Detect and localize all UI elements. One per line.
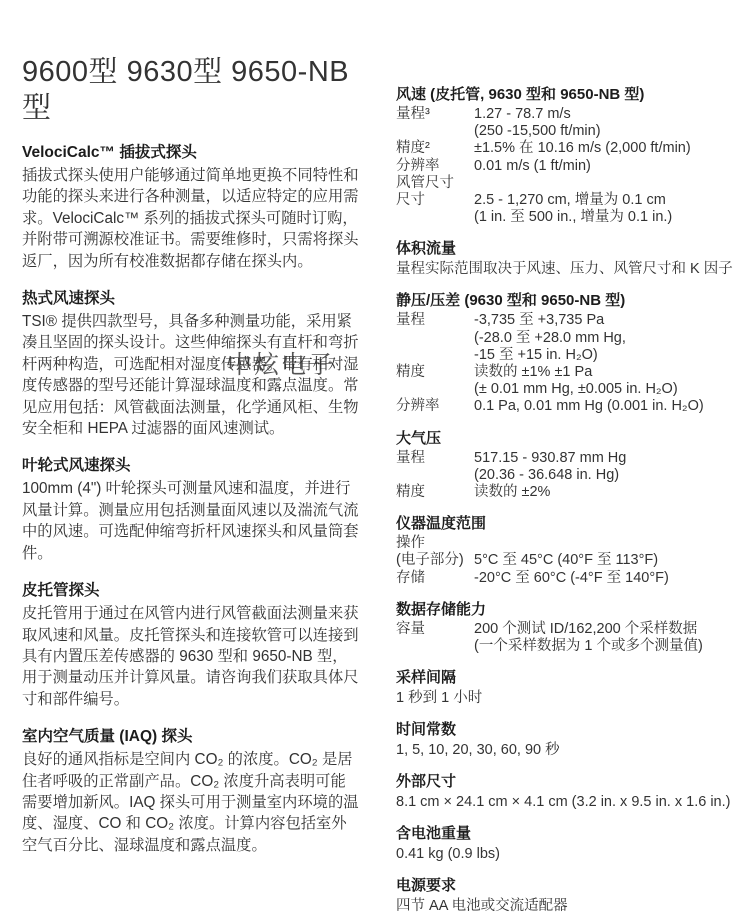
spec-text: 0.41 kg (0.9 lbs) [396,845,748,863]
spec-value [474,175,748,192]
spec-label: 分辨率 [396,398,474,415]
spec-heading: 外部尺寸 [396,773,748,791]
spec-value: -15 至 +15 in. H₂O) [474,347,748,364]
spec-value [474,535,748,552]
section-body: 良好的通风指标是空间内 CO₂ 的浓度。CO₂ 是居住者呼吸的正常副产品。CO₂… [22,749,359,856]
spec-row: 操作 [396,535,748,552]
spec-label [396,209,474,226]
spec-rows: 量程-3,735 至 +3,735 Pa(-28.0 至 +28.0 mm Hg… [396,312,748,415]
spec-row: (20.36 - 36.648 in. Hg) [396,467,748,484]
spec-value: (-28.0 至 +28.0 mm Hg, [474,330,748,347]
spec-heading: 体积流量 [396,240,748,258]
spec-label: 精度 [396,364,474,381]
spec-value: 读数的 ±1% ±1 Pa [474,364,748,381]
spec-text: 1 秒到 1 小时 [396,689,748,707]
spec-label [396,381,474,398]
spec-text: 1, 5, 10, 20, 30, 60, 90 秒 [396,741,748,759]
spec-row: 风管尺寸 [396,175,748,192]
spec-row: 量程517.15 - 930.87 mm Hg [396,450,748,467]
spec-row: 容量200 个测试 ID/162,200 个采样数据 [396,621,748,638]
right-section-4: 仪器温度范围操作(电子部分)5°C 至 45°C (40°F 至 113°F)存… [396,515,748,587]
spec-row: (-28.0 至 +28.0 mm Hg, [396,330,748,347]
spec-value: -20°C 至 60°C (-4°F 至 140°F) [474,570,748,587]
section-body: 插拔式探头使用户能够通过简单地更换不同特性和功能的探头来进行各种测量，以适应特定… [22,165,359,272]
left-section-4: 室内空气质量 (IAQ) 探头良好的通风指标是空间内 CO₂ 的浓度。CO₂ 是… [22,727,359,856]
spec-value: (1 in. 至 500 in., 增量为 0.1 in.) [474,209,748,226]
spec-label: 风管尺寸 [396,175,474,192]
spec-text: 8.1 cm × 24.1 cm × 4.1 cm (3.2 in. x 9.5… [396,793,748,811]
section-heading: VelociCalc™ 插拔式探头 [22,143,359,162]
section-body: 100mm (4") 叶轮探头可测量风速和温度，并进行风量计算。测量应用包括测量… [22,478,359,564]
section-heading: 皮托管探头 [22,581,359,600]
spec-heading: 大气压 [396,430,748,448]
spec-value: (± 0.01 mm Hg, ±0.005 in. H₂O) [474,381,748,398]
spec-label: 量程 [396,312,474,329]
spec-label: 量程³ [396,106,474,123]
spec-row: 量程-3,735 至 +3,735 Pa [396,312,748,329]
spec-heading: 电源要求 [396,877,748,895]
spec-label [396,638,474,655]
spec-row: (电子部分)5°C 至 45°C (40°F 至 113°F) [396,552,748,569]
spec-row: 精度²±1.5% 在 10.16 m/s (2,000 ft/min) [396,140,748,157]
spec-rows: 容量200 个测试 ID/162,200 个采样数据(一个采样数据为 1 个或多… [396,621,748,655]
section-heading: 叶轮式风速探头 [22,456,359,475]
spec-heading: 数据存储能力 [396,601,748,619]
spec-value: 0.1 Pa, 0.01 mm Hg (0.001 in. H₂O) [474,398,748,415]
spec-label [396,347,474,364]
spec-label: (电子部分) [396,552,474,569]
spec-label [396,330,474,347]
spec-value: (20.36 - 36.648 in. Hg) [474,467,748,484]
spec-value: 0.01 m/s (1 ft/min) [474,158,748,175]
right-section-0: 风速 (皮托管, 9630 型和 9650-NB 型)量程³1.27 - 78.… [396,86,748,226]
spec-rows: 量程517.15 - 930.87 mm Hg(20.36 - 36.648 i… [396,450,748,502]
spec-label [396,467,474,484]
spec-row: -15 至 +15 in. H₂O) [396,347,748,364]
spec-value: -3,735 至 +3,735 Pa [474,312,748,329]
spec-value: ±1.5% 在 10.16 m/s (2,000 ft/min) [474,140,748,157]
spec-value: 2.5 - 1,270 cm, 增量为 0.1 cm [474,192,748,209]
right-section-9: 含电池重量0.41 kg (0.9 lbs) [396,825,748,863]
right-section-5: 数据存储能力容量200 个测试 ID/162,200 个采样数据(一个采样数据为… [396,601,748,655]
right-section-8: 外部尺寸8.1 cm × 24.1 cm × 4.1 cm (3.2 in. x… [396,773,748,811]
spec-value: 读数的 ±2% [474,484,748,501]
spec-label: 量程 [396,450,474,467]
spec-row: 分辨率0.1 Pa, 0.01 mm Hg (0.001 in. H₂O) [396,398,748,415]
spec-label: 操作 [396,535,474,552]
left-section-0: VelociCalc™ 插拔式探头插拔式探头使用户能够通过简单地更换不同特性和功… [22,143,359,272]
left-section-3: 皮托管探头皮托管用于通过在风管内进行风管截面法测量来获取风速和风量。皮托管探头和… [22,581,359,710]
right-section-7: 时间常数1, 5, 10, 20, 30, 60, 90 秒 [396,721,748,759]
spec-value: 5°C 至 45°C (40°F 至 113°F) [474,552,748,569]
spec-label: 尺寸 [396,192,474,209]
spec-sheet-page: 9600型 9630型 9650-NB型 VelociCalc™ 插拔式探头插拔… [0,0,750,916]
spec-label: 存储 [396,570,474,587]
left-section-2: 叶轮式风速探头100mm (4") 叶轮探头可测量风速和温度，并进行风量计算。测… [22,456,359,564]
spec-value: (250 -15,500 ft/min) [474,123,748,140]
spec-row: 精度读数的 ±2% [396,484,748,501]
spec-row: (1 in. 至 500 in., 增量为 0.1 in.) [396,209,748,226]
spec-heading: 静压/压差 (9630 型和 9650-NB 型) [396,292,748,310]
right-section-1: 体积流量量程实际范围取决于风速、压力、风管尺寸和 K 因子 [396,240,748,278]
spec-heading: 时间常数 [396,721,748,739]
watermark: 中炫电子 [227,345,335,381]
spec-label: 分辨率 [396,158,474,175]
spec-label: 精度 [396,484,474,501]
spec-row: 尺寸2.5 - 1,270 cm, 增量为 0.1 cm [396,192,748,209]
spec-row: 分辨率0.01 m/s (1 ft/min) [396,158,748,175]
right-section-3: 大气压量程517.15 - 930.87 mm Hg(20.36 - 36.64… [396,430,748,502]
spec-value: (一个采样数据为 1 个或多个测量值) [474,638,748,655]
spec-heading: 仪器温度范围 [396,515,748,533]
right-section-6: 采样间隔1 秒到 1 小时 [396,669,748,707]
spec-value: 200 个测试 ID/162,200 个采样数据 [474,621,748,638]
specs-column: 风速 (皮托管, 9630 型和 9650-NB 型)量程³1.27 - 78.… [396,86,748,915]
page-title: 9600型 9630型 9650-NB型 [22,54,359,126]
spec-label [396,123,474,140]
spec-row: (一个采样数据为 1 个或多个测量值) [396,638,748,655]
spec-value: 517.15 - 930.87 mm Hg [474,450,748,467]
spec-rows: 操作(电子部分)5°C 至 45°C (40°F 至 113°F)存储-20°C… [396,535,748,587]
spec-label: 容量 [396,621,474,638]
right-section-10: 电源要求四节 AA 电池或交流适配器 [396,877,748,915]
spec-text: 量程实际范围取决于风速、压力、风管尺寸和 K 因子 [396,260,748,278]
left-column: 9600型 9630型 9650-NB型 VelociCalc™ 插拔式探头插拔… [22,54,359,856]
spec-rows: 量程³1.27 - 78.7 m/s(250 -15,500 ft/min)精度… [396,106,748,226]
spec-value: 1.27 - 78.7 m/s [474,106,748,123]
spec-text: 四节 AA 电池或交流适配器 [396,897,748,915]
spec-row: 存储-20°C 至 60°C (-4°F 至 140°F) [396,570,748,587]
overview-sections: VelociCalc™ 插拔式探头插拔式探头使用户能够通过简单地更换不同特性和功… [22,143,359,856]
section-body: 皮托管用于通过在风管内进行风管截面法测量来获取风速和风量。皮托管探头和连接软管可… [22,603,359,710]
spec-label: 精度² [396,140,474,157]
spec-heading: 含电池重量 [396,825,748,843]
spec-row: (250 -15,500 ft/min) [396,123,748,140]
spec-row: (± 0.01 mm Hg, ±0.005 in. H₂O) [396,381,748,398]
section-heading: 热式风速探头 [22,289,359,308]
right-section-2: 静压/压差 (9630 型和 9650-NB 型)量程-3,735 至 +3,7… [396,292,748,415]
spec-heading: 采样间隔 [396,669,748,687]
spec-row: 精度读数的 ±1% ±1 Pa [396,364,748,381]
spec-row: 量程³1.27 - 78.7 m/s [396,106,748,123]
section-heading: 室内空气质量 (IAQ) 探头 [22,727,359,746]
spec-heading: 风速 (皮托管, 9630 型和 9650-NB 型) [396,86,748,104]
